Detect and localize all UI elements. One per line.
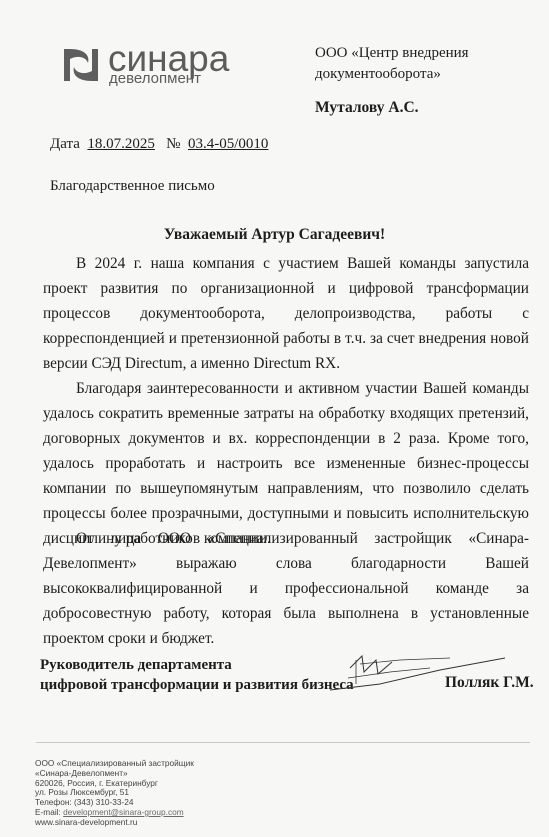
signatory-title-line1: Руководитель департамента xyxy=(40,655,354,675)
greeting: Уважаемый Артур Сагадеевич! xyxy=(0,226,549,244)
body-paragraph-2: Благодаря заинтересованности и активном … xyxy=(43,376,529,551)
letter-page: синара девелопмент ООО «Центр внедрения … xyxy=(0,0,549,837)
footer-email-label: E-mail: xyxy=(35,807,63,817)
footer-website: www.sinara-development.ru xyxy=(35,818,194,828)
sinara-logo-icon xyxy=(64,47,98,83)
body-paragraph-1: В 2024 г. наша компания с участием Вашей… xyxy=(43,251,529,376)
date-value: 18.07.2025 xyxy=(87,136,155,152)
company-footer: ООО «Специализированный застройщик «Сина… xyxy=(35,759,194,828)
recipient-organization: ООО «Центр внедрения документооборота» xyxy=(315,43,469,85)
number-value: 03.4-05/0010 xyxy=(188,136,268,152)
number-label: № xyxy=(166,136,180,152)
footer-email-link[interactable]: development@sinara-group.com xyxy=(63,807,184,817)
recipient-org-line2: документооборота» xyxy=(315,64,469,85)
signatory-title: Руководитель департамента цифровой транс… xyxy=(40,655,354,695)
document-meta: Дата 18.07.2025 № 03.4-05/0010 xyxy=(50,136,268,153)
recipient-name: Муталову А.С. xyxy=(315,99,419,117)
signatory-title-line2: цифровой трансформации и развития бизнес… xyxy=(40,675,354,695)
footer-divider xyxy=(36,742,530,743)
letter-subject: Благодарственное письмо xyxy=(50,178,215,195)
logo-subtitle: девелопмент xyxy=(109,70,201,87)
date-label: Дата xyxy=(50,136,80,152)
recipient-org-line1: ООО «Центр внедрения xyxy=(315,43,469,64)
body-paragraph-3: От лица ООО «Специализированный застройщ… xyxy=(43,526,529,651)
signatory-name: Полляк Г.М. xyxy=(445,674,534,692)
